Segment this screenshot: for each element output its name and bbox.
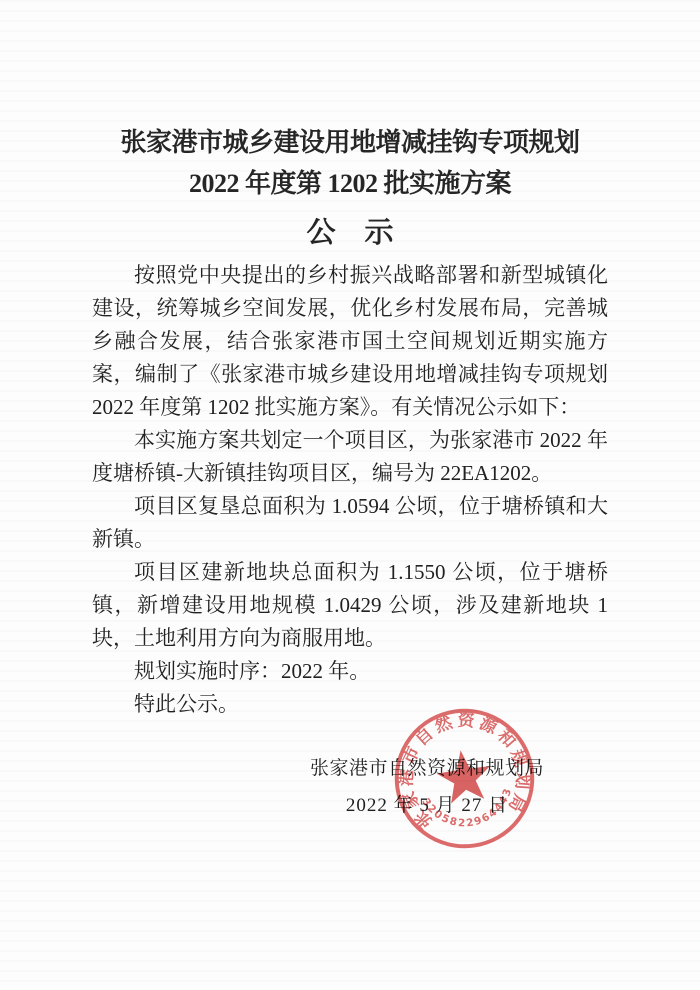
signature-agency: 张家港市自然资源和规划局 — [308, 757, 546, 781]
body-paragraph: 项目区建新地块总面积为 1.1550 公顷，位于塘桥镇，新增建设用地规模 1.0… — [92, 556, 608, 655]
document-title-line2: 2022 年度第 1202 批实施方案 — [0, 163, 700, 200]
body-paragraph: 按照党中央提出的乡村振兴战略部署和新型城镇化建设，统筹城乡空间发展，优化乡村发展… — [92, 259, 608, 424]
body-paragraph: 本实施方案共划定一个项目区，为张家港市 2022 年度塘桥镇-大新镇挂钩项目区，… — [92, 424, 608, 490]
notice-body: 按照党中央提出的乡村振兴战略部署和新型城镇化建设，统筹城乡空间发展，优化乡村发展… — [92, 259, 608, 721]
body-paragraph: 项目区复垦总面积为 1.0594 公顷，位于塘桥镇和大新镇。 — [92, 490, 608, 556]
body-paragraph: 规划实施时序：2022 年。 — [92, 655, 608, 688]
document-page: 张家港市城乡建设用地增减挂钩专项规划 2022 年度第 1202 批实施方案 公… — [0, 0, 700, 990]
notice-heading: 公 示 — [0, 210, 700, 251]
signature-date: 2022 年 5 月 27 日 — [308, 794, 546, 818]
document-title-line1: 张家港市城乡建设用地增减挂钩专项规划 — [0, 122, 700, 159]
body-paragraph: 特此公示。 — [92, 688, 608, 721]
signature-block: 张家港市自然资源和规划局 2022 年 5 月 27 日 — [308, 757, 546, 818]
